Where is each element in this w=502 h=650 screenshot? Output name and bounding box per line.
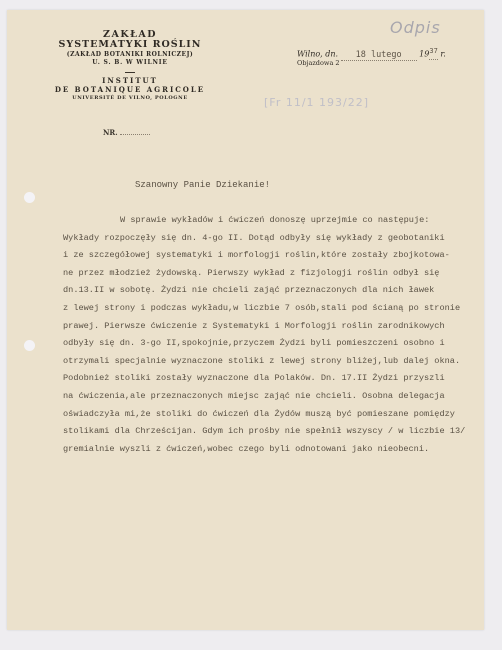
address: Objazdowa 2 [297,59,340,67]
nr-blank [120,134,150,135]
letterhead-line: U. S. B. W WILNIE [30,59,230,67]
body-line: z lewej strony i podczas wykładu,w liczb… [63,300,475,318]
body-line: otrzymali specjalnie wyznaczone stoliki … [63,353,475,371]
body-line: Wykłady rozpoczęły się dn. 4-go II. Dotą… [63,230,475,248]
archive-mark: [Fr 11/1 193/22] [264,96,369,109]
punch-hole [24,340,35,351]
r-label: r. [440,50,446,59]
salutation: Szanowny Panie Dziekanie! [135,180,270,190]
body-line: i ze szczegółowej systematyki i morfolog… [63,247,475,265]
year-prefix: 19 [419,50,429,59]
punch-hole [24,192,35,203]
body-line: prawej. Pierwsze ćwiczenie z Systematyki… [63,318,475,336]
body-line: odbyły się dn. 3-go II,spokojnie,przycze… [63,335,475,353]
year-value: 37 [429,47,437,55]
letterhead-line: SYSTEMATYKI ROŚLIN [30,40,230,50]
letterhead-line: INSTITUT [30,76,230,85]
body-line: oświadczyła mi,że stoliki do ćwiczeń dla… [63,406,475,424]
letter-body: W sprawie wykładów i ćwiczeń donoszę upr… [63,212,475,458]
place-label: Wilno, dn. [297,50,338,59]
letterhead-line: (ZAKŁAD BOTANIKI ROLNICZEJ) [30,50,230,59]
body-line: ne przez młodzież żydowską. Pierwszy wyk… [63,265,475,283]
year-field: 37 [429,47,437,60]
nr-label: NR. [103,128,118,137]
letterhead-divider [125,72,135,73]
body-line: gremialnie wyszli z ćwiczeń,wobec czego … [63,441,475,459]
odpis-annotation: Odpis [390,18,441,37]
body-line: Podobnież stoliki zostały wyznaczone dla… [63,370,475,388]
body-line: W sprawie wykładów i ćwiczeń donoszę upr… [63,212,475,230]
date-field: 18 lutego [341,50,417,61]
body-line: stolikami dla Chrześcijan. Gdym ich proś… [63,423,475,441]
reference-number: NR. [103,128,150,137]
letterhead: ZAKŁAD SYSTEMATYKI ROŚLIN (ZAKŁAD BOTANI… [30,30,230,102]
letterhead-line: UNIVERSITÉ DE VILNO, POLOGNE [30,94,230,102]
body-line: na ćwiczenia,ale przeznaczonych miejsc z… [63,388,475,406]
body-line: dn.13.II w sobotę. Żydzi nie chcieli zaj… [63,282,475,300]
letterhead-line: DE BOTANIQUE AGRICOLE [30,85,230,94]
date-value: 18 lutego [356,50,402,60]
